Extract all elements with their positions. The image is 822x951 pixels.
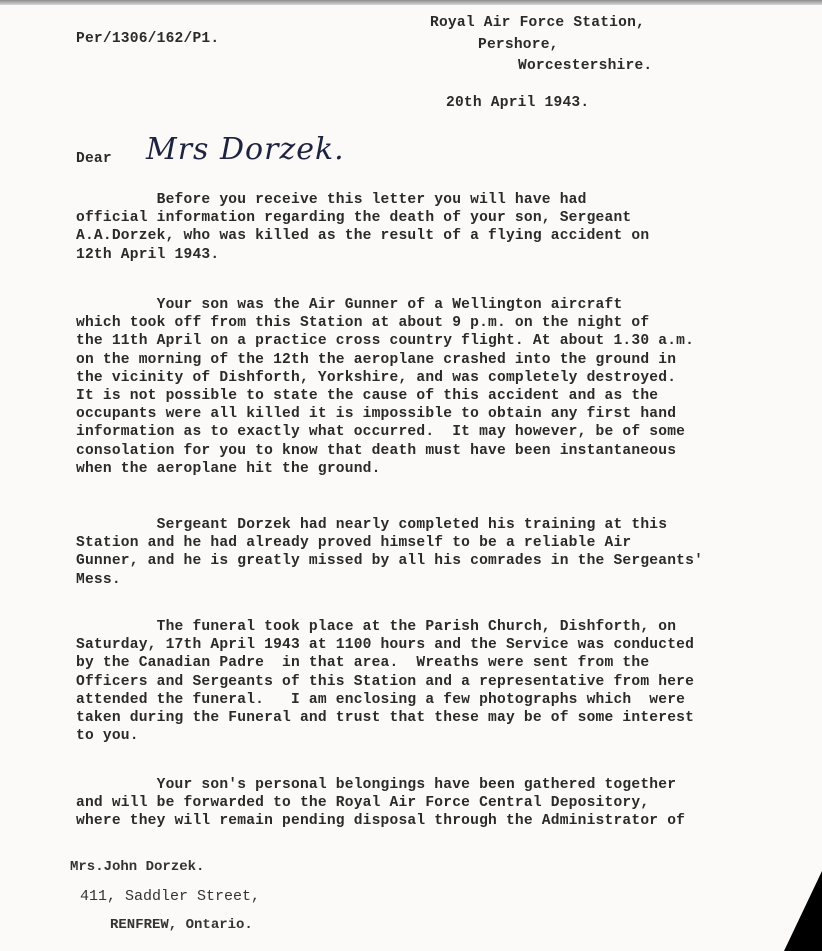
text-line: information as to exactly what occurred.…: [76, 423, 776, 441]
text-line: 12th April 1943.: [76, 246, 776, 264]
text-line: Sergeant Dorzek had nearly completed his…: [76, 516, 776, 534]
text-line: when the aeroplane hit the ground.: [76, 460, 776, 478]
text-line: by the Canadian Padre in that area. Wrea…: [76, 654, 776, 672]
paragraph-training: Sergeant Dorzek had nearly completed his…: [76, 516, 776, 589]
scan-corner-shadow: [784, 871, 822, 951]
text-line: attended the funeral. I am enclosing a f…: [76, 691, 776, 709]
text-line: A.A.Dorzek, who was killed as the result…: [76, 227, 776, 245]
paragraph-accident-details: Your son was the Air Gunner of a Welling…: [76, 296, 776, 478]
text-line: official information regarding the death…: [76, 209, 776, 227]
text-line: Your son was the Air Gunner of a Welling…: [76, 296, 776, 314]
text-line: Before you receive this letter you will …: [76, 191, 776, 209]
text-line: Saturday, 17th April 1943 at 1100 hours …: [76, 636, 776, 654]
text-line: occupants were all killed it is impossib…: [76, 405, 776, 423]
text-line: to you.: [76, 727, 776, 745]
handwritten-recipient-name: Mrs Dorzek.: [146, 132, 345, 167]
paragraph-funeral: The funeral took place at the Parish Chu…: [76, 618, 776, 745]
text-line: consolation for you to know that death m…: [76, 442, 776, 460]
sender-address-line-3: Worcestershire.: [518, 57, 652, 75]
text-line: It is not possible to state the cause of…: [76, 387, 776, 405]
text-line: the 11th April on a practice cross count…: [76, 332, 776, 350]
salutation: Dear: [76, 150, 112, 168]
reference-number: Per/1306/162/P1.: [76, 30, 219, 48]
paragraph-notification: Before you receive this letter you will …: [76, 191, 776, 264]
sender-address-line-1: Royal Air Force Station,: [430, 14, 645, 32]
text-line: on the morning of the 12th the aeroplane…: [76, 351, 776, 369]
recipient-street: 411, Saddler Street,: [80, 888, 260, 906]
text-line: Gunner, and he is greatly missed by all …: [76, 552, 776, 570]
text-line: where they will remain pending disposal …: [76, 812, 776, 830]
text-line: The funeral took place at the Parish Chu…: [76, 618, 776, 636]
letter-date: 20th April 1943.: [446, 94, 589, 112]
scan-top-edge: [0, 0, 822, 5]
text-line: which took off from this Station at abou…: [76, 314, 776, 332]
text-line: Officers and Sergeants of this Station a…: [76, 673, 776, 691]
text-line: taken during the Funeral and trust that …: [76, 709, 776, 727]
recipient-city: RENFREW, Ontario.: [110, 916, 253, 934]
text-line: and will be forwarded to the Royal Air F…: [76, 794, 776, 812]
text-line: the vicinity of Dishforth, Yorkshire, an…: [76, 369, 776, 387]
recipient-name: Mrs.John Dorzek.: [70, 858, 204, 876]
sender-address-line-2: Pershore,: [478, 36, 559, 54]
text-line: Mess.: [76, 571, 776, 589]
text-line: Station and he had already proved himsel…: [76, 534, 776, 552]
text-line: Your son's personal belongings have been…: [76, 776, 776, 794]
paragraph-belongings: Your son's personal belongings have been…: [76, 776, 776, 831]
